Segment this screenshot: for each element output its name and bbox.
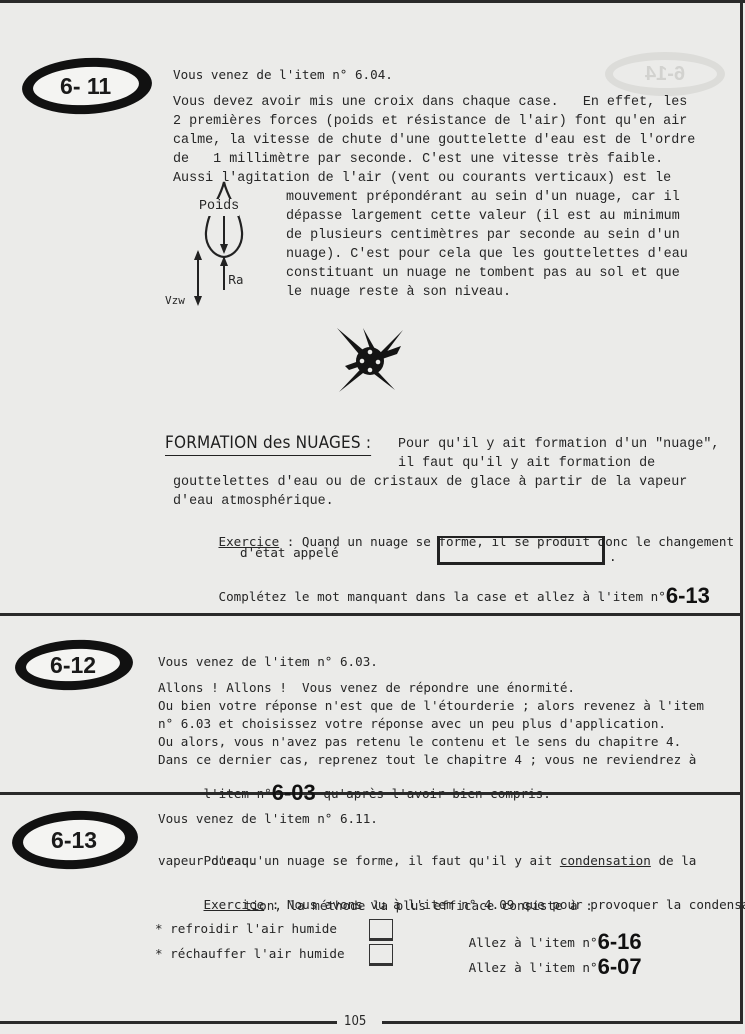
body-line: Ou bien votre réponse n'est que de l'éto…	[158, 698, 704, 715]
item-badge-6-11: 6- 11	[21, 55, 154, 118]
ghost-badge: 6-14	[605, 52, 725, 96]
para-line: 2 premières forces (poids et résistance …	[173, 114, 687, 131]
para-line: mouvement prépondérant au sein d'un nuag…	[286, 190, 680, 207]
period-mark: .	[609, 549, 617, 566]
label-ra: Ra	[228, 272, 243, 289]
option-checkbox-rechauffer[interactable]	[369, 944, 393, 966]
document-page: 6-14 105 6- 11 Vous venez de l'item n° 6…	[0, 0, 745, 1034]
starburst-icon	[335, 328, 405, 394]
formation-line: il faut qu'il y ait formation de	[398, 456, 655, 473]
item-badge-6-13: 6-13	[11, 808, 140, 873]
para-line: calme, la vitesse de chute d'une gouttel…	[173, 133, 695, 150]
para-line: constituant un nuage ne tombent pas au s…	[286, 266, 680, 283]
complete-instruction: Complétez le mot manquant dans la case e…	[173, 571, 710, 622]
from-item-line: Vous venez de l'item n° 6.03.	[158, 654, 378, 671]
goto-ref-6-13[interactable]: 6-13	[666, 583, 710, 608]
bottom-border-right	[382, 1021, 743, 1024]
from-item-line: Vous venez de l'item n° 6.11.	[158, 811, 378, 828]
para-line: dépasse largement cette valeur (il est a…	[286, 209, 680, 226]
bottom-border-left	[0, 1021, 337, 1024]
formation-line: d'eau atmosphérique.	[173, 494, 334, 511]
item-badge-6-12: 6-12	[14, 637, 134, 693]
formation-line: gouttelettes d'eau ou de cristaux de gla…	[173, 475, 687, 492]
formation-line: Pour qu'il y ait formation d'un "nuage",	[398, 437, 719, 454]
option-checkbox-refroidir[interactable]	[369, 919, 393, 941]
exercise-line-2: tion, la méthode la plus efficace consis…	[244, 898, 593, 915]
para-line: Vous devez avoir mis une croix dans chaq…	[173, 95, 687, 112]
goto-ref-6-07[interactable]: 6-07	[598, 954, 642, 979]
label-vzw: Vzw	[165, 293, 185, 310]
body-line: Ou alors, vous n'avez pas retenu le cont…	[158, 734, 681, 751]
body-line: vapeur d'eau.	[158, 853, 257, 870]
from-item-line: Vous venez de l'item n° 6.04.	[173, 67, 393, 84]
para-line: de plusieurs centimètres par seconde au …	[286, 228, 680, 245]
goto-ref-6-03[interactable]: 6-03	[272, 780, 316, 805]
page-number: 105	[344, 1014, 366, 1031]
keyword-condensation: condensation	[560, 853, 651, 868]
right-border	[740, 0, 743, 1022]
option-label: * réchauffer l'air humide	[155, 946, 345, 963]
body-line: Dans ce dernier cas, reprenez tout le ch…	[158, 752, 696, 769]
top-border	[0, 0, 745, 3]
answer-input-box[interactable]	[437, 536, 605, 565]
para-line: nuage). C'est pour cela que les gouttele…	[286, 247, 688, 264]
option-goto: Allez à l'item n°6-07	[408, 942, 642, 993]
body-line: Allons ! Allons ! Vous venez de répondre…	[158, 680, 575, 697]
formation-heading: FORMATION des NUAGES :	[165, 433, 371, 456]
para-line: de 1 millimètre par seconde. C'est une v…	[173, 152, 663, 169]
option-label: * refroidir l'air humide	[155, 921, 337, 938]
para-line: le nuage reste à son niveau.	[286, 285, 511, 302]
label-poids: Poids	[199, 199, 239, 216]
exercise-line-2: d'état appelé	[240, 545, 339, 562]
body-line: n° 6.03 et choisissez votre réponse avec…	[158, 716, 666, 733]
